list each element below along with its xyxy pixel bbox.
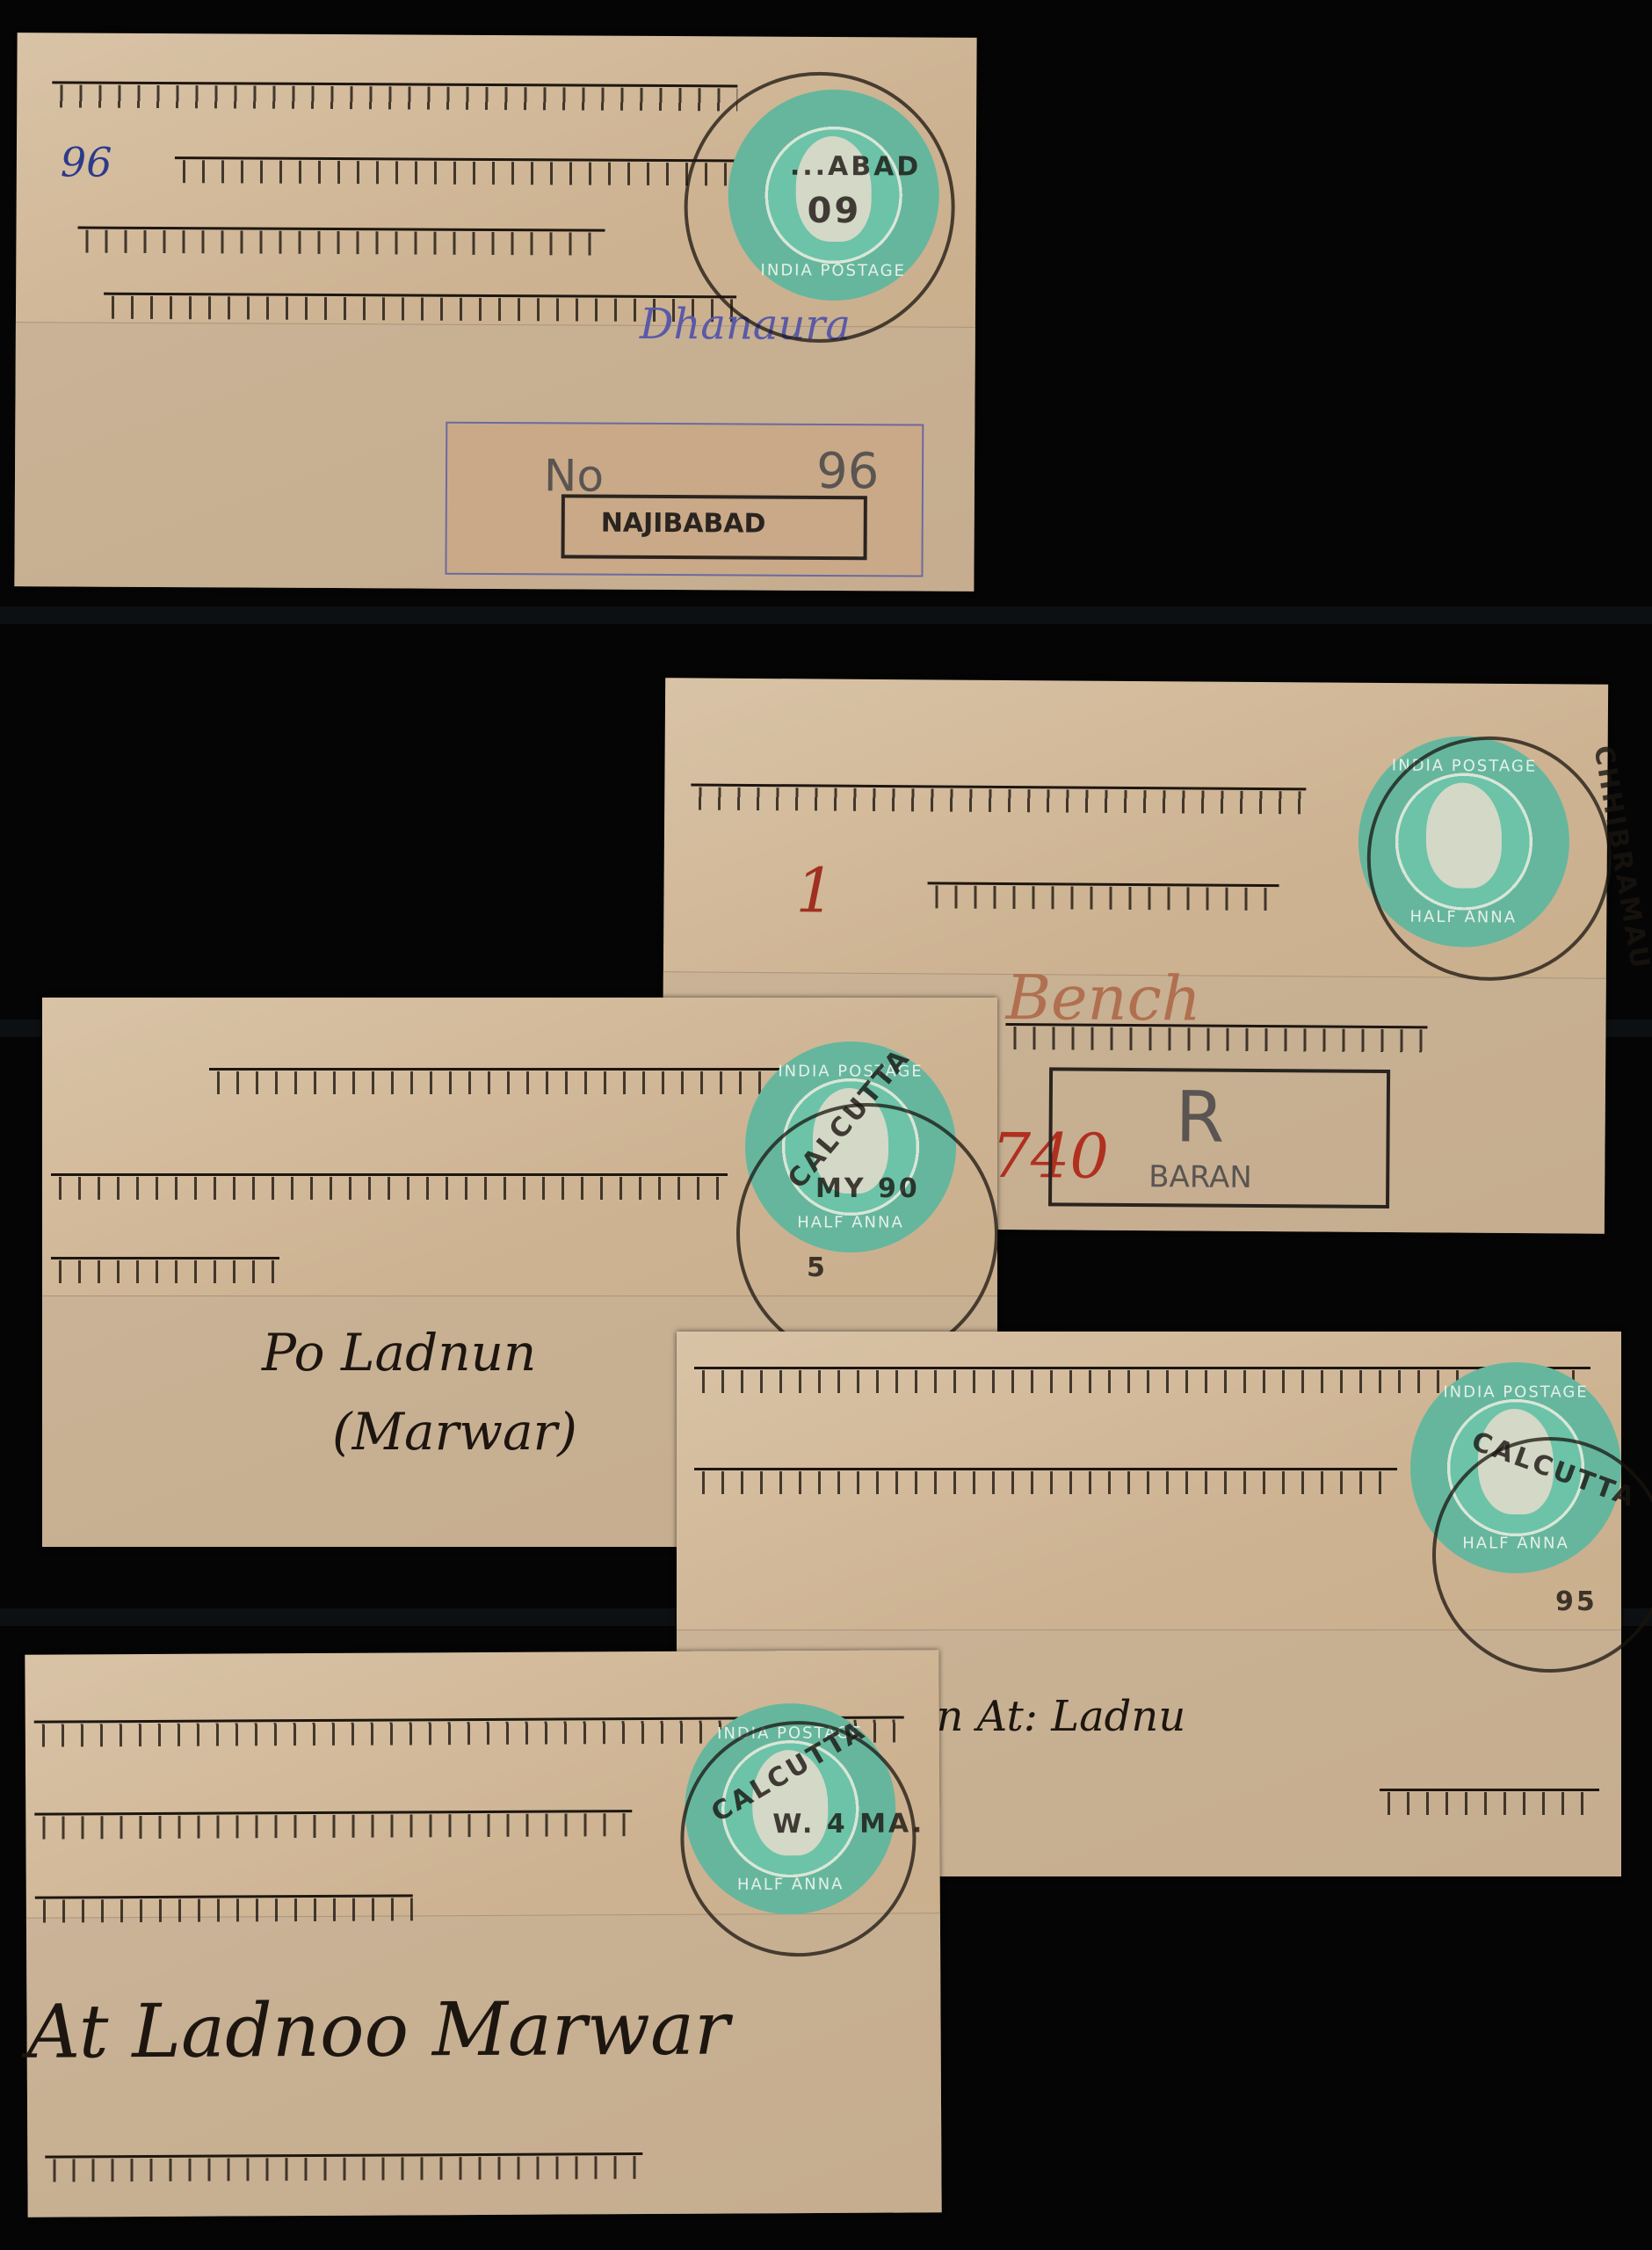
devanagari-line bbox=[691, 783, 1306, 790]
devanagari-line bbox=[928, 882, 1279, 887]
registration-label: No 96 NAJIBABAD bbox=[445, 422, 924, 577]
registration-box: R BARAN bbox=[1048, 1067, 1390, 1208]
devanagari-line bbox=[694, 1468, 1397, 1470]
address-line-1: At Ladnoo Marwar bbox=[26, 1985, 729, 2075]
envelope-1: 96 Dhanaura INDIA POSTAGE ...ABAD 09 No … bbox=[14, 33, 976, 592]
postmark bbox=[736, 1103, 998, 1365]
devanagari-line bbox=[1380, 1789, 1599, 1791]
album-strip bbox=[0, 606, 1652, 624]
devanagari-line bbox=[694, 1367, 1590, 1369]
envelope-5: At Ladnoo Marwar INDIA POSTAGE HALF ANNA… bbox=[25, 1650, 941, 2217]
devanagari-line bbox=[51, 1257, 279, 1259]
pencil-number: 96 bbox=[61, 138, 112, 185]
devanagari-line bbox=[34, 1810, 632, 1816]
address-line-1: Po Ladnun bbox=[262, 1323, 536, 1383]
devanagari-line bbox=[52, 81, 737, 87]
devanagari-line bbox=[51, 1173, 728, 1176]
devanagari-line bbox=[175, 156, 746, 162]
devanagari-line bbox=[209, 1068, 824, 1071]
address-line-2: (Marwar) bbox=[332, 1402, 577, 1462]
devanagari-line bbox=[35, 1894, 413, 1898]
postmark bbox=[1366, 736, 1612, 982]
devanagari-line bbox=[104, 293, 736, 299]
devanagari-line bbox=[77, 227, 605, 232]
